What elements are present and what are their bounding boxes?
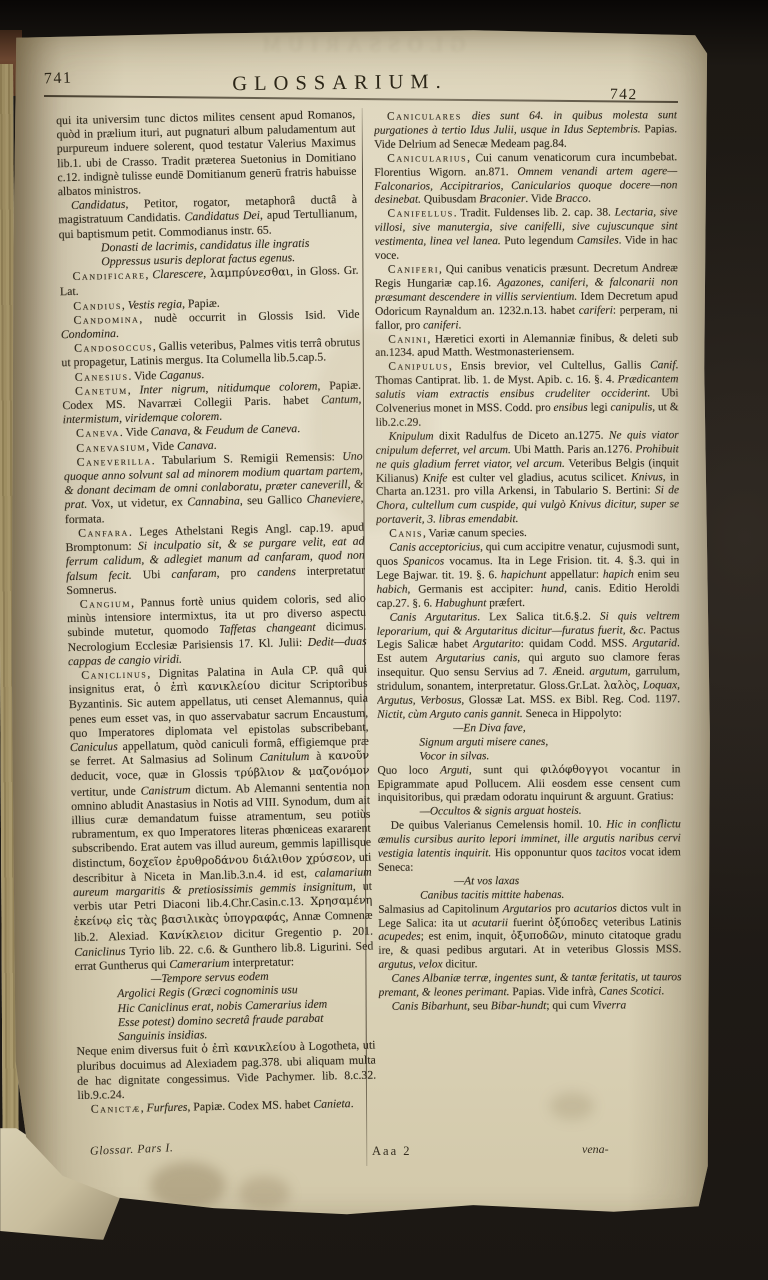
text-run: Caganus — [159, 367, 201, 382]
entry-headword: Candius — [73, 298, 122, 313]
glossary-paragraph: Canis acceptoricius, qui cum accipitre v… — [376, 540, 679, 611]
text-run: Puto legendum — [501, 235, 577, 247]
text-run: canipulis — [610, 401, 652, 413]
text-run: Condomina — [61, 326, 116, 341]
text-run: φιλόφθογγοι — [540, 763, 608, 775]
glossary-paragraph: Canis Argutaritus. Lex Salica tit.6.§.2.… — [377, 610, 681, 723]
glossary-paragraph: qui ita universim tunc dictos milites ce… — [56, 107, 357, 199]
text-run: , Germanis est accipiter: — [407, 583, 541, 596]
text-run: . Tradit. Fuldenses lib. 2. cap. 38. — [454, 207, 615, 220]
text-run: Habughunt — [435, 597, 486, 609]
text-run: vertitur, unde — [71, 783, 141, 799]
glossary-paragraph: Candidatus, Petitor, rogator, metaphorâ … — [58, 192, 358, 241]
entry-headword: Candificare — [72, 268, 145, 284]
catchword: vena- — [582, 1142, 609, 1157]
text-run: κανοῦν — [328, 749, 369, 763]
text-run: . Vide — [120, 425, 151, 440]
text-run: Ubi — [132, 566, 172, 581]
entry-headword: Candomina — [73, 311, 139, 326]
text-run: argutus — [378, 959, 412, 971]
text-run: Canes Scotici — [599, 985, 661, 997]
text-run: , seu Gallico — [240, 492, 307, 507]
text-run: ὀξυποδῶν — [511, 930, 565, 942]
text-run: , pro — [216, 564, 257, 579]
text-run: Canistrum — [141, 782, 191, 797]
entry-headword: Caniculares — [387, 110, 462, 122]
running-head: GLOSSARIUM. — [40, 69, 640, 98]
text-run: Candidatus — [71, 197, 126, 212]
glossary-paragraph: Quo loco Arguti, sunt qui φιλόφθογγοι vo… — [377, 763, 680, 806]
text-run: hapichunt — [501, 569, 547, 581]
text-run: Knivus — [631, 471, 663, 483]
text-run: . — [201, 367, 204, 381]
text-run: Nictit, cùm Arguto canis gannit. — [377, 708, 523, 721]
glossary-paragraph: Cangium, Pannus fortè unius quidem color… — [67, 591, 367, 669]
glossary-paragraph: Caniclinus, Dignitas Palatina in Aula CP… — [68, 662, 374, 974]
text-run: Furfures — [146, 1100, 187, 1115]
text-run: & — [284, 764, 308, 779]
verse-quotation: —Tempore servus eodemArgolici Regis (Græ… — [75, 967, 375, 1045]
text-run: velox — [419, 959, 443, 971]
text-run: est culter vel gladius, acutus scilicet. — [447, 471, 631, 484]
text-run: Clarescere — [152, 266, 203, 281]
text-run: Canis Bibarhunt — [392, 1000, 467, 1012]
text-run: Canava — [151, 424, 188, 439]
text-run: interpretatur: — [229, 954, 294, 969]
paper-stain — [310, 328, 430, 528]
entry-headword: Canesius — [75, 368, 129, 383]
text-run: Arguti — [440, 764, 469, 776]
text-run: Ubi Matth. Paris an.1276. — [511, 443, 636, 456]
glossary-paragraph: Canicularius, Cui canum venaticorum cura… — [374, 151, 677, 208]
text-run: Camsiles — [577, 235, 619, 247]
text-run: τρύβλιον — [234, 766, 284, 780]
text-run: Camerarium — [169, 956, 230, 971]
text-run: Argutarius canis — [436, 652, 517, 664]
text-run: . Vide — [128, 368, 159, 383]
text-run: , Ensis brevior, vel Cultellus, Gallis — [449, 360, 650, 373]
text-run: Canif — [650, 360, 675, 372]
text-run: fuerint — [508, 916, 548, 928]
text-run: Salmasius ad Capitolinum — [378, 903, 502, 916]
text-run: dixit Radulfus de Diceto an.1275. — [434, 429, 609, 442]
book-page: GLOSSARIUM 741 GLOSSARIUM. 742 qui ita u… — [10, 28, 712, 1244]
text-run: cariferi — [579, 304, 613, 316]
paper-stain — [550, 1092, 594, 1120]
entry-headword: Canifellus — [388, 208, 454, 220]
text-run: . — [661, 985, 664, 997]
glossary-paragraph: Caniferi, Qui canibus venaticis præsunt.… — [375, 262, 678, 333]
text-run: , — [128, 382, 140, 396]
text-run: candens — [257, 564, 296, 579]
text-run: ensibus — [553, 402, 587, 414]
text-run: . — [116, 326, 119, 340]
text-run: Bibar-hundt — [491, 1000, 547, 1012]
text-run: , Glossæ Lat. MSS. ex Bibl. Reg. Cod. 11… — [461, 693, 680, 706]
text-run: dicitur. — [443, 959, 478, 971]
text-run: Quibusdam — [421, 194, 479, 206]
glossary-paragraph: Caniculares dies sunt 64. in quibus mole… — [374, 109, 677, 152]
text-run: . Lex Salica tit.6.§.2. — [477, 610, 600, 623]
glossary-paragraph: Canifellus. Tradit. Fuldenses lib. 2. ca… — [375, 207, 678, 264]
text-run: , Papiæ. — [182, 295, 220, 310]
glossary-paragraph: De quibus Valerianus Cemelensis homil. 1… — [378, 818, 681, 875]
entry-headword: Canetum — [75, 383, 128, 398]
text-run: , Papiæ. Codex MS. habet — [187, 1097, 313, 1114]
text-run: Cannabina — [187, 494, 240, 509]
text-run: Caniclinus — [74, 944, 125, 959]
text-run: præfert. — [486, 597, 525, 609]
paper-stain — [238, 1176, 290, 1210]
text-run: Braconier — [479, 193, 525, 205]
glossary-paragraph: Salmasius ad Capitolinum Argutarios pro … — [378, 902, 681, 973]
verse-quotation: —At vos laxasCanibus tacitis mittite hab… — [378, 874, 681, 903]
text-run — [462, 110, 472, 122]
text-run: veteribus Latinis — [598, 916, 681, 928]
entry-headword: Caneva — [76, 425, 120, 440]
text-run: : quidam Codd. MSS. — [521, 638, 633, 651]
text-run: ὁ ἐπὶ κανικλείου — [154, 679, 261, 694]
text-run: ὁ ἐπὶ κανικλείου — [201, 1040, 296, 1055]
text-run: enim seu — [634, 568, 680, 580]
text-run: tacitos — [596, 847, 626, 859]
entry-headword: Caneverilla — [76, 453, 151, 469]
text-run: De quibus Valerianus Cemelensis homil. 1… — [391, 819, 607, 832]
text-run: . — [588, 193, 591, 205]
text-run: , seu — [467, 1000, 491, 1012]
text-run: ; est enim, inquit, — [421, 931, 511, 943]
entry-headword: Caniferi — [388, 263, 439, 275]
text-run: Neque enim diversus fuit — [76, 1042, 201, 1059]
text-run: hund — [541, 583, 564, 595]
text-run: . — [458, 319, 461, 331]
text-run: Knife — [423, 472, 448, 484]
text-run: acutarios — [574, 902, 617, 914]
text-run: legi — [588, 402, 611, 414]
text-run: Quo loco — [377, 764, 440, 776]
text-column-right: Caniculares dies sunt 64. in quibus mole… — [374, 109, 683, 1169]
entry-headword: Canevasium — [76, 439, 146, 455]
text-run: Κανίκλειον — [159, 927, 223, 941]
entry-headword: Canis — [389, 528, 423, 540]
text-run: . — [350, 1096, 353, 1110]
text-run: , sunt qui — [469, 764, 541, 776]
glossary-paragraph: Canini, Hæretici exorti in Alemanniæ fin… — [375, 332, 678, 361]
text-run: Canitulum — [259, 749, 309, 764]
text-run: acupedes — [378, 931, 420, 943]
text-run: Argutarid — [632, 638, 677, 650]
text-run: Spanicos — [403, 555, 444, 567]
text-run: Canis acceptoricius — [389, 541, 480, 553]
entry-headword: Canictæ — [91, 1101, 141, 1116]
text-run: λαμπρύνεσθαι — [210, 265, 290, 280]
text-run: . — [214, 438, 217, 452]
text-run: , Vide — [146, 438, 177, 453]
text-run: argutum — [589, 666, 627, 678]
text-run: Vestis regia — [128, 296, 183, 311]
text-run: Viverra — [592, 999, 626, 1011]
text-run: μαζονόμον — [309, 764, 370, 778]
glossary-paragraph: Canes Albaniæ terræ, ingentes sunt, & ta… — [379, 971, 682, 1000]
entry-headword: Caniclinus — [81, 666, 147, 681]
verse-quotation: —En Diva fave,Signum arguti misere canes… — [377, 721, 680, 764]
text-run: Feudum de Caneva — [205, 422, 297, 438]
text-run: , & — [187, 424, 205, 438]
text-run: qui ita universim tunc dictos milites ce… — [56, 107, 356, 199]
text-run: ; qui cum — [546, 1000, 592, 1012]
text-run: . — [297, 421, 300, 435]
text-run: Bracco — [555, 193, 588, 205]
text-run: habich — [376, 583, 407, 595]
header-rule — [44, 95, 678, 103]
text-run: . — [219, 409, 222, 423]
bleedthrough-ghost-text: GLOSSARIUM — [150, 34, 570, 57]
entry-headword: Candosoccus — [74, 339, 153, 355]
text-run: Argutarios — [503, 903, 552, 915]
text-run: Canava — [177, 438, 214, 453]
text-run: Candidatus Dei — [184, 208, 260, 224]
text-run: Seneca in Hippolyto: — [523, 707, 622, 720]
text-run: Canis Argutaritus — [390, 611, 478, 623]
glossary-paragraph: Canis Bibarhunt, seu Bibar-hundt; qui cu… — [379, 999, 682, 1014]
text-run: hapich — [603, 568, 634, 580]
text-run: λαλὸς — [604, 680, 637, 692]
text-run: ὀξύποδες — [548, 916, 598, 928]
entry-headword: Canicularius — [387, 152, 467, 164]
glossary-paragraph: Canfara. Leges Athelstani Regis Angl. ca… — [65, 520, 365, 598]
text-run: Caniculus — [70, 739, 118, 754]
text-run: Canieta — [313, 1096, 351, 1111]
scanned-book-photo: { "page": { "left_page_number": "741", "… — [0, 0, 768, 1280]
text-run: pro — [552, 902, 574, 914]
text-run: His opponuntur quos — [491, 847, 596, 860]
text-run: Vox, ut videtur, ex — [87, 495, 187, 511]
entry-headword: Canfara — [78, 525, 129, 540]
text-run: , Variæ canum species. — [423, 527, 527, 540]
text-run: canfaram — [171, 565, 217, 580]
entry-headword: Cangium — [80, 596, 132, 611]
text-run: caniferi — [423, 319, 458, 331]
text-run: . Vide — [525, 193, 555, 205]
text-run: à — [309, 749, 328, 763]
text-run: Papias. Vide infrà, — [509, 986, 599, 998]
glossary-paragraph: Neque enim diversus fuit ὁ ἐπὶ κανικλείο… — [76, 1038, 376, 1102]
gathering-mark: Aaa 2 — [372, 1144, 412, 1159]
text-run: appellatur: — [546, 569, 602, 581]
text-column-left: qui ita universim tunc dictos milites ce… — [56, 107, 378, 1159]
text-run: acutarii — [472, 917, 508, 929]
text-run: Argutarito — [473, 638, 521, 650]
